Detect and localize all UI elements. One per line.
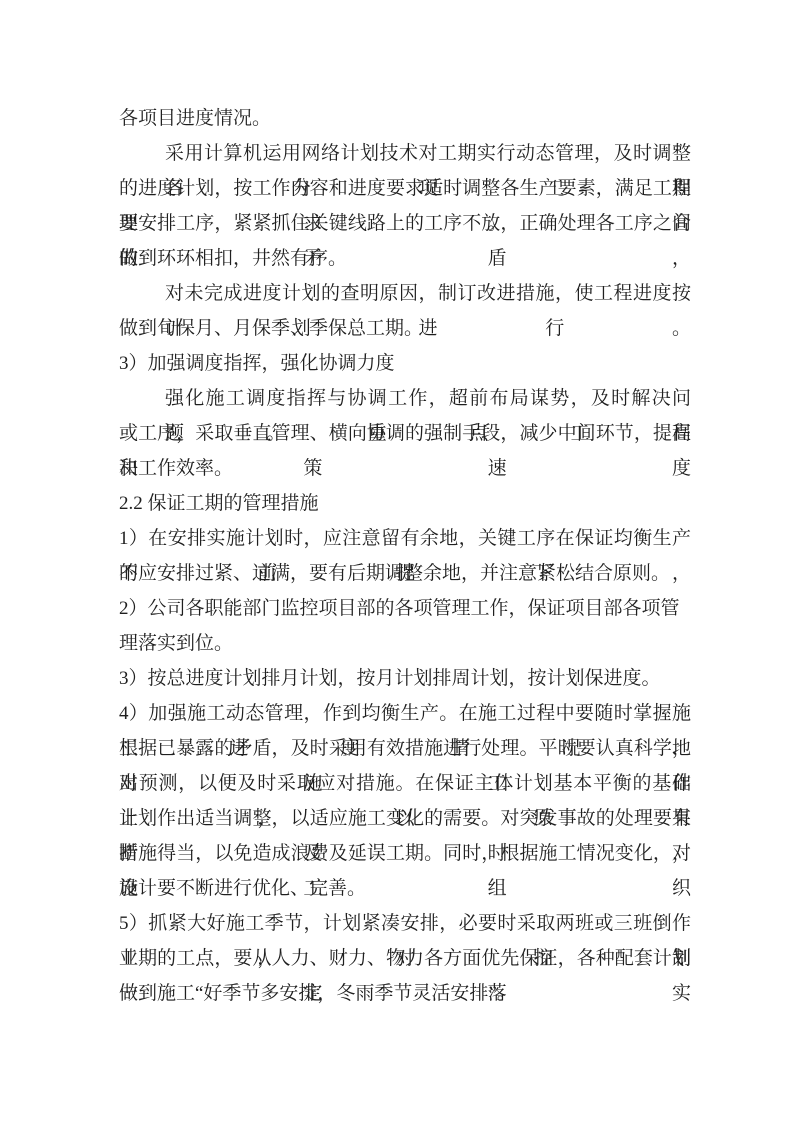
text-line: 4）加强施工动态管理，作到均衡生产。在施工过程中要随时掌握施工进度情况， bbox=[119, 696, 691, 731]
text-line: 根据已暴露的矛盾，及时采用有效措施进行处理。平时要认真科学地对施工作 bbox=[119, 731, 691, 766]
text-line: 各项目进度情况。 bbox=[119, 101, 691, 136]
text-line: 采用计算机运用网络计划技术对工期实行动态管理，及时调整各分项工程 bbox=[119, 136, 691, 171]
text-line: 3）按总进度计划排月计划，按月计划排周计划，按计划保进度。 bbox=[119, 661, 691, 696]
document-page: 各项目进度情况。采用计算机运用网络计划技术对工期实行动态管理，及时调整各分项工程… bbox=[0, 0, 800, 1132]
text-line: 2.2 保证工期的管理措施 bbox=[119, 486, 691, 521]
text-line: 或工序，采取垂直管理、横向协调的强制手段，减少中间环节，提高决策速度 bbox=[119, 416, 691, 451]
text-line: 1）在安排实施计划时，应注意留有余地，关键工序在保证均衡生产的前提下， bbox=[119, 521, 691, 556]
text-line: 出预测，以便及时采取应对措施。在保证主体计划基本平衡的基础上，以原有 bbox=[119, 766, 691, 801]
text-line: 2）公司各职能部门监控项目部的各项管理工作，保证项目部各项管理落实到位。 bbox=[119, 591, 691, 626]
text-line: 强化施工调度指挥与协调工作，超前布局谋势，及时解决问题。重点工程 bbox=[119, 381, 691, 416]
document-body: 各项目进度情况。采用计算机运用网络计划技术对工期实行动态管理，及时调整各分项工程… bbox=[119, 101, 691, 1011]
text-line: 工期的工点，要从人力、财力、物力各方面优先保证，各种配套计划一定落实 bbox=[119, 941, 691, 976]
text-line: 5）抓紧大好施工季节，计划紧凑安排，必要时采取两班或三班倒作业，对控制 bbox=[119, 906, 691, 941]
text-line: 3）加强调度指挥，强化协调力度 bbox=[119, 346, 691, 381]
text-line: 的进度计划，按工作内容和进度要求适时调整各生产要素，满足工期要求。合 bbox=[119, 171, 691, 206]
text-line: 计划作出适当调整，以适应施工变化的需要。对突发事故的处理要果断及时， bbox=[119, 801, 691, 836]
text-line: 理安排工序，紧紧抓住关键线路上的工序不放，正确处理各工序之间的矛盾， bbox=[119, 206, 691, 241]
text-line: 对未完成进度计划的查明原因，制订改进措施，使工程进度按计划进行。 bbox=[119, 276, 691, 311]
text-line: 不应安排过紧、过满，要有后期调整余地，并注意紧松结合原则。 bbox=[119, 556, 691, 591]
text-line: 措施得当，以免造成浪费及延误工期。同时，根据施工情况变化，对施工组织 bbox=[119, 836, 691, 871]
